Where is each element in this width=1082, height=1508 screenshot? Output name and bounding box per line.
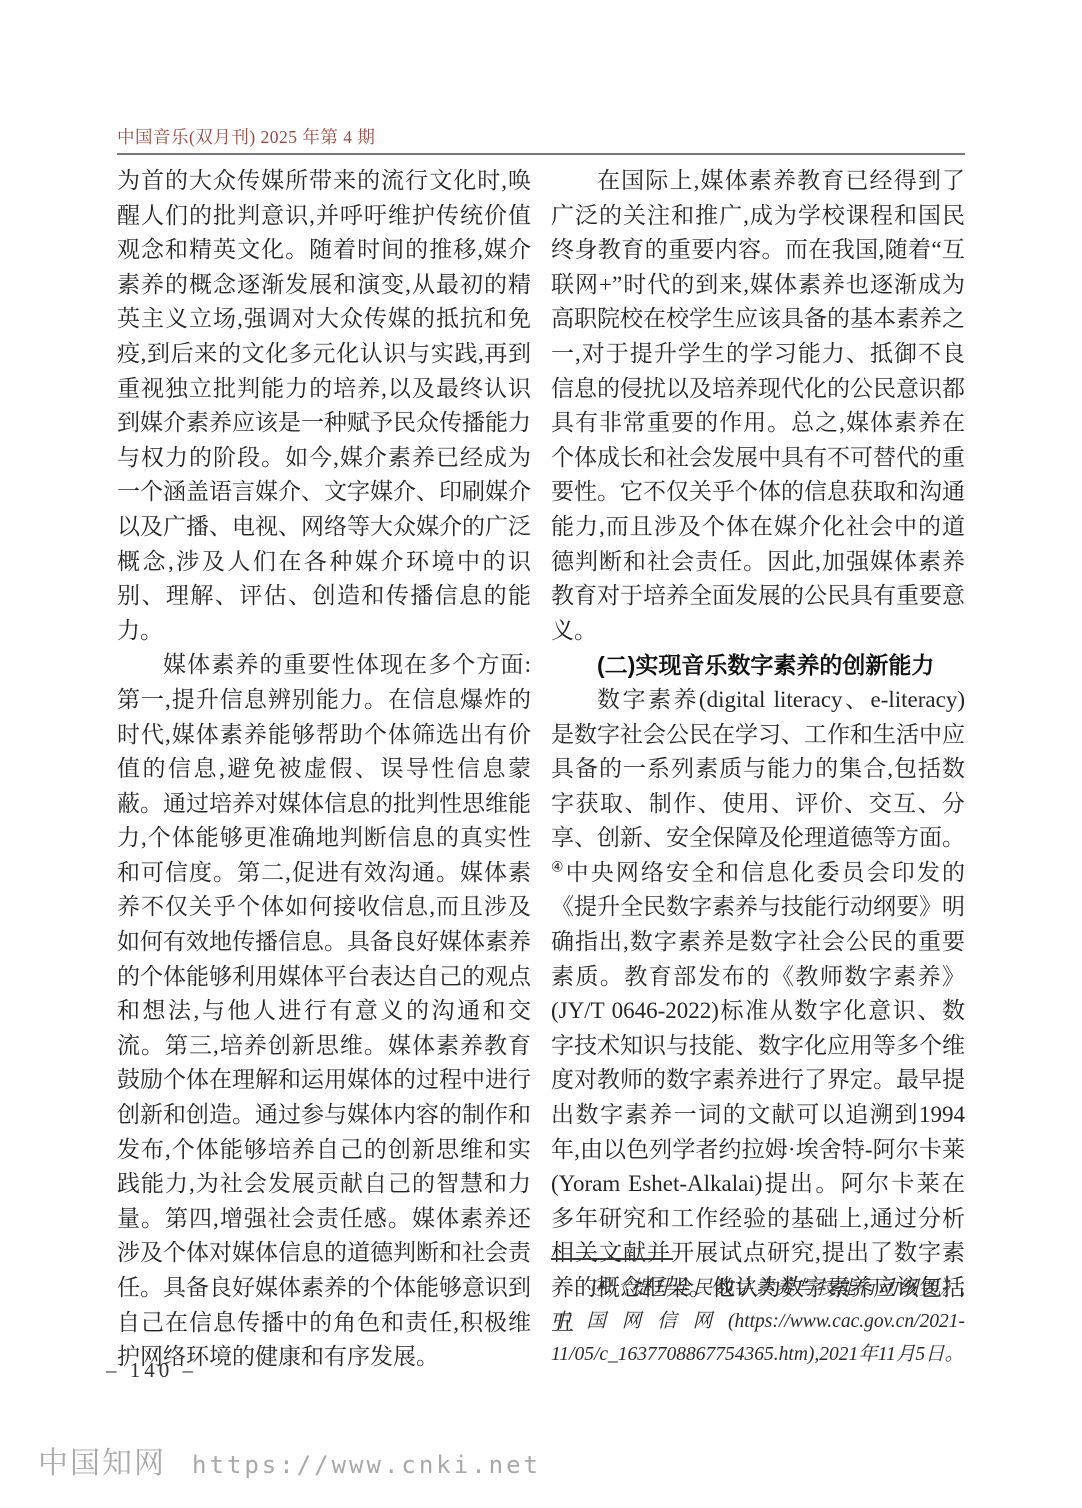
footnote-reference-marker: ④ — [551, 860, 566, 875]
cnki-url-text: https://www.cnki.net — [192, 1451, 541, 1479]
left-paragraph-importance: 媒体素养的重要性体现在多个方面:第一,提升信息辨别能力。在信息爆炸的时代,媒体素… — [117, 648, 531, 1374]
footnote-divider-rule — [551, 1258, 673, 1260]
section-heading-digital-literacy: (二)实现音乐数字素养的创新能力 — [551, 648, 965, 683]
cnki-brand-text: 中国知网 — [38, 1438, 166, 1482]
page-number: – 140 – — [106, 1358, 197, 1383]
footnote-block: ④《提升全民数字素养与技能行动纲要》,中国网信网(https://www.cac… — [551, 1258, 965, 1371]
cnki-watermark: 中国知网 https://www.cnki.net — [38, 1438, 541, 1482]
left-column: 为首的大众传媒所带来的流行文化时,唤醒人们的批判意识,并呼吁维护传统价值观念和精… — [117, 164, 531, 1375]
right-paragraph-international: 在国际上,媒体素养教育已经得到了广泛的关注和推广,成为学校课程和国民终身教育的重… — [551, 164, 965, 648]
paragraph-text-before-note: 数字素养(digital literacy、e-literacy)是数字社会公民… — [551, 687, 965, 850]
footnote-text: ④《提升全民数字素养与技能行动纲要》,中国网信网(https://www.cac… — [551, 1272, 965, 1371]
right-column: 在国际上,媒体素养教育已经得到了广泛的关注和推广,成为学校课程和国民终身教育的重… — [551, 164, 965, 1340]
journal-header: 中国音乐(双月刊) 2025 年第 4 期 — [117, 124, 375, 149]
journal-page: 中国音乐(双月刊) 2025 年第 4 期 为首的大众传媒所带来的流行文化时,唤… — [0, 0, 1082, 1508]
right-paragraph-digital-literacy: 数字素养(digital literacy、e-literacy)是数字社会公民… — [551, 683, 965, 1340]
left-paragraph-continuation: 为首的大众传媒所带来的流行文化时,唤醒人们的批判意识,并呼吁维护传统价值观念和精… — [117, 164, 531, 648]
header-divider-rule — [117, 153, 965, 155]
